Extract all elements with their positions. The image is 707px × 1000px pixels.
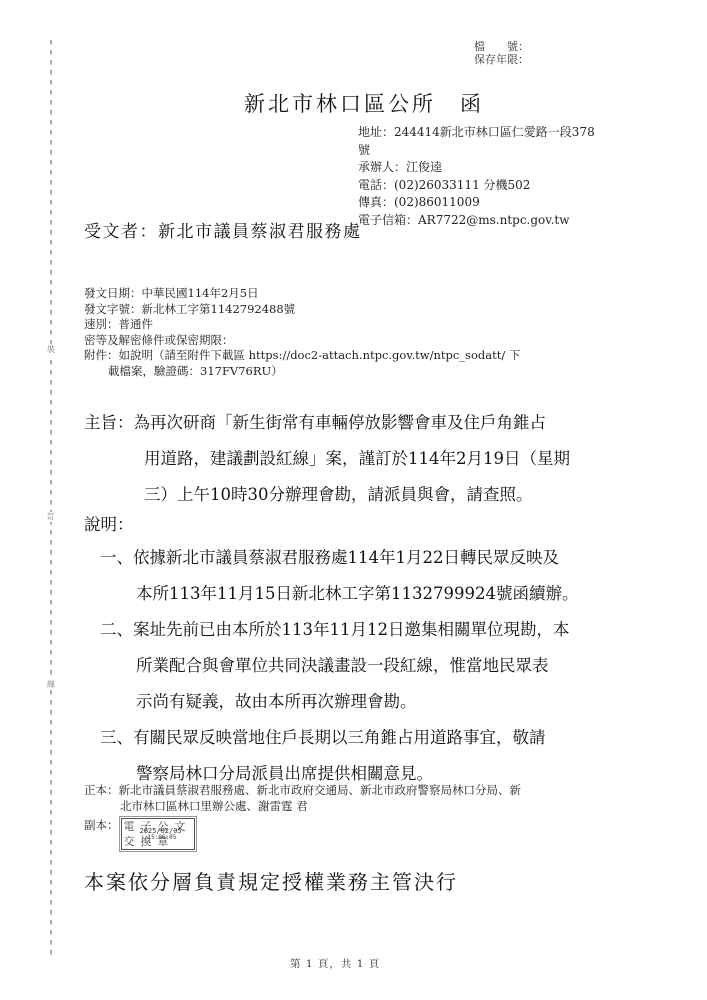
- item-line: 所業配合與會單位共同決議畫設一段紅線，惟當地民眾表: [100, 648, 578, 684]
- file-info: 檔 號： 保存年限：: [474, 40, 529, 66]
- subject-line3: 三）上午10時30分辦理會勘，請派員與會，請查照。: [84, 477, 570, 513]
- explanation-item-2: 二、案址先前已由本所於113年11月12日邀集相關單位現勘，本 所業配合與會單位…: [100, 612, 578, 720]
- recipient: 受文者：新北市議員蔡淑君服務處: [84, 217, 362, 242]
- distribution: 正本：新北市議員蔡淑君服務處、新北市政府交通局、新北市政府警察局林口分局、新 北…: [84, 782, 521, 850]
- attachment-line1: 附件：如說明（請至附件下載區 https://doc2-attach.ntpc.…: [84, 348, 520, 364]
- subject-line2: 用道路，建議劃設紅線」案，謹訂於114年2月19日（星期: [84, 441, 570, 477]
- e-document-exchange-stamp: 電子公文 交換章 2025/02/05 15:06:05: [121, 818, 195, 850]
- document-title: 新北市林口區公所 函: [244, 88, 484, 118]
- stamp-time: 15:06:05: [148, 830, 177, 846]
- email: 電子信箱：AR7722@ms.ntpc.gov.tw: [358, 212, 595, 230]
- retention-label: 保存年限：: [474, 53, 529, 66]
- fax: 傳真：(02)86011009: [358, 194, 595, 212]
- item-line: 本所113年11月15日新北林工字第1132799924號函續辦。: [100, 576, 578, 612]
- subject-line1: 主旨：為再次研商「新生街常有車輛停放影響會車及住戶角錐占: [84, 405, 570, 441]
- binding-line: [50, 40, 52, 960]
- file-number-label: 檔 號：: [474, 40, 529, 53]
- document-meta: 發文日期：中華民國114年2月5日 發文字號：新北林工字第1142792488號…: [84, 286, 520, 379]
- attachment-line2: 載檔案，驗證碼：317FV76RU）: [84, 364, 520, 380]
- contact-block: 地址：244414新北市林口區仁愛路一段378 號 承辦人：江俊逵 電話：(02…: [358, 124, 595, 229]
- address-line2: 號: [358, 142, 595, 160]
- address-line1: 地址：244414新北市林口區仁愛路一段378: [358, 124, 595, 142]
- copy-label: 副本：: [84, 817, 119, 833]
- explanation-item-1: 一、依據新北市議員蔡淑君服務處114年1月22日轉民眾反映及 本所113年11月…: [100, 540, 578, 612]
- authority-statement: 本案依分層負責規定授權業務主管決行: [84, 866, 458, 895]
- item-line: 一、依據新北市議員蔡淑君服務處114年1月22日轉民眾反映及: [100, 540, 578, 576]
- explanation-label: 說明：: [84, 511, 134, 535]
- subject: 主旨：為再次研商「新生街常有車輛停放影響會車及住戶角錐占 用道路，建議劃設紅線」…: [84, 405, 570, 513]
- security-level: 密等及解密條件或保密期限：: [84, 333, 520, 349]
- handler: 承辦人：江俊逵: [358, 159, 595, 177]
- binding-mark-zhuang: 裝: [44, 345, 58, 355]
- binding-mark-xian: 線: [44, 680, 58, 690]
- page-number: 第 1 頁，共 1 頁: [290, 956, 380, 971]
- item-line: 二、案址先前已由本所於113年11月12日邀集相關單位現勘，本: [100, 612, 578, 648]
- phone: 電話：(02)26033111 分機502: [358, 177, 595, 195]
- doc-number: 發文字號：新北林工字第1142792488號: [84, 302, 520, 318]
- binding-mark-ding: 訂: [44, 512, 58, 522]
- item-line: 示尚有疑義，故由本所再次辦理會勘。: [100, 684, 578, 720]
- original-recipients-line1: 正本：新北市議員蔡淑君服務處、新北市政府交通局、新北市政府警察局林口分局、新: [84, 782, 521, 798]
- original-recipients-line2: 北市林口區林口里辦公處、謝雷霆 君: [84, 798, 521, 814]
- item-line: 三、有關民眾反映當地住戶長期以三角錐占用道路事宜，敬請: [100, 720, 578, 756]
- speed: 速別：普通件: [84, 317, 520, 333]
- issue-date: 發文日期：中華民國114年2月5日: [84, 286, 520, 302]
- explanation-list: 一、依據新北市議員蔡淑君服務處114年1月22日轉民眾反映及 本所113年11月…: [100, 540, 578, 792]
